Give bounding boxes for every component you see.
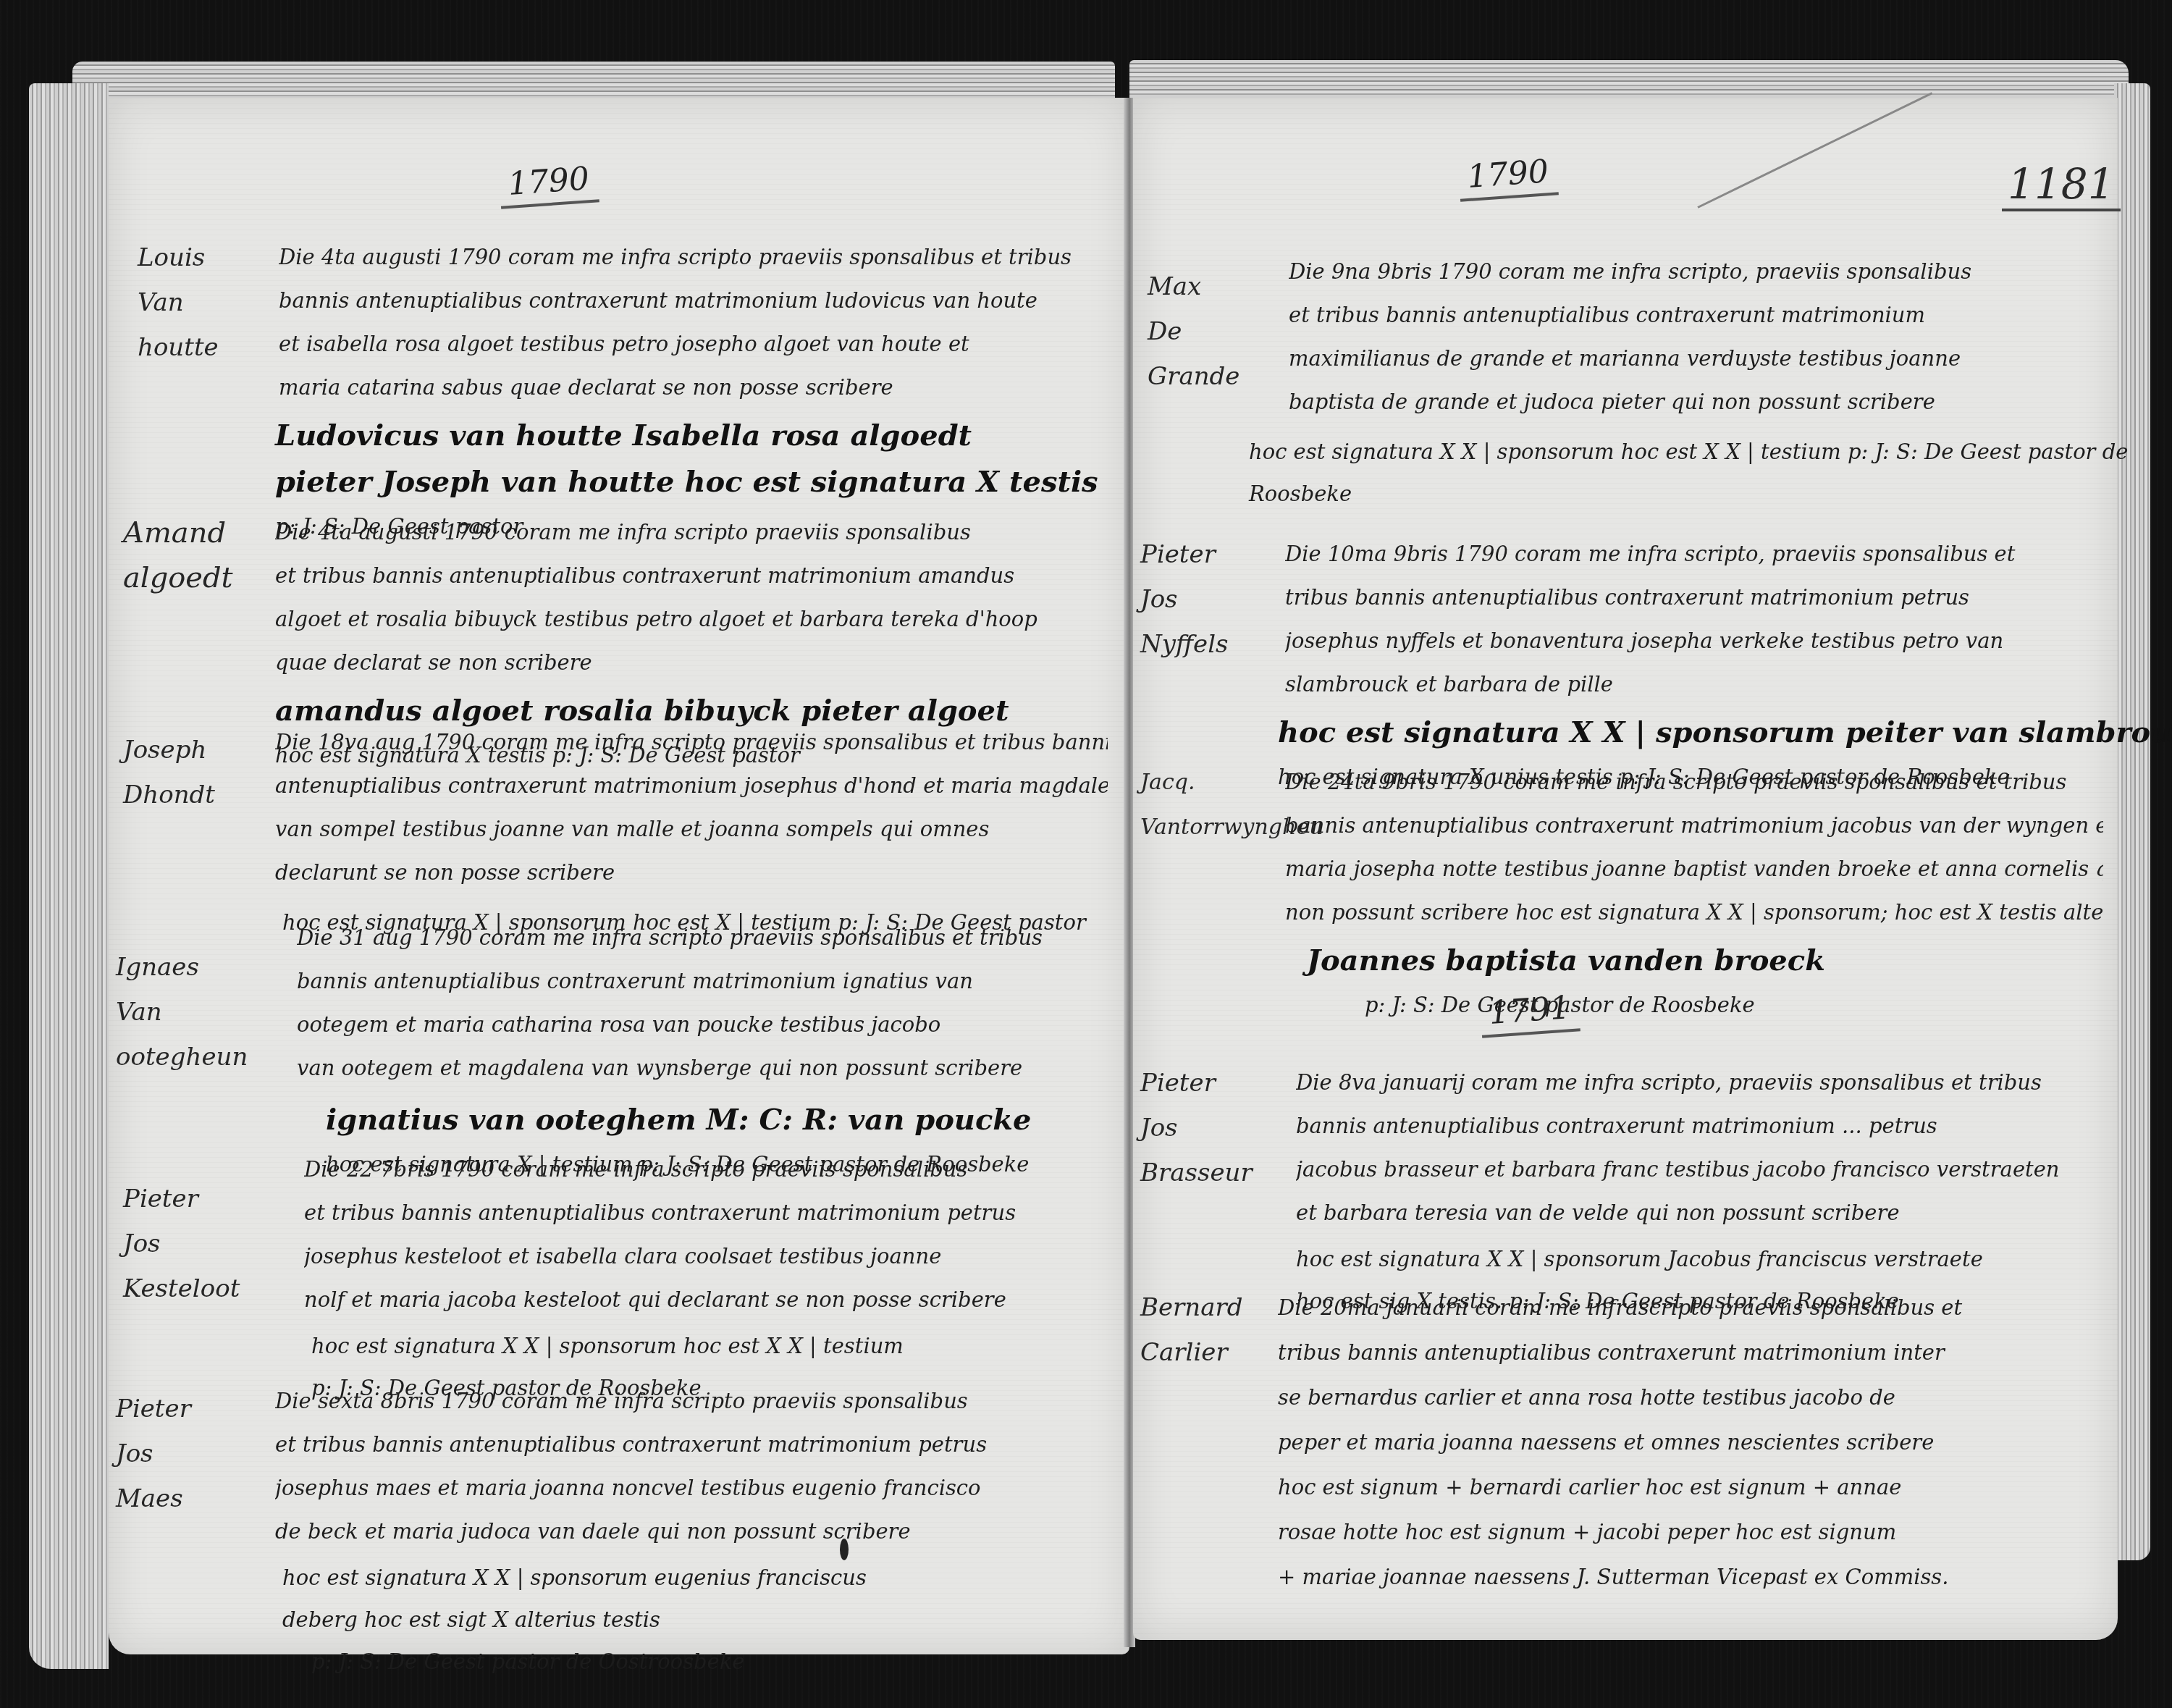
- pastor-signature: p: J: S: De Geest pastor de Oostroosbeke: [311, 1641, 867, 1683]
- text-line: tribus bannis antenuptialibus contraxeru…: [1278, 1330, 2103, 1375]
- signature-block: hoc est signatura X X | sponsorum eugeni…: [282, 1557, 867, 1683]
- text-line: maximilianus de grande et marianna verdu…: [1289, 337, 2100, 380]
- text-line: + mariae joannae naessens J. Sutterman V…: [1278, 1555, 2103, 1599]
- signature-line: hoc est signatura X X | sponsorum hoc es…: [1249, 431, 2128, 473]
- text-line: maria catarina sabus quae declarat se no…: [279, 366, 1111, 409]
- entry-text: Die sexta 8bris 1790 coram me infra scri…: [275, 1379, 1108, 1553]
- entry-text: Die 9na 9bris 1790 coram me infra script…: [1289, 250, 2100, 424]
- margin-name: Pieter Jos Brasseur: [1140, 1061, 1253, 1195]
- text-line: et tribus bannis antenuptialibus contrax…: [1289, 293, 2100, 337]
- text-line: et tribus bannis antenuptialibus contrax…: [275, 1423, 1108, 1466]
- text-line: et tribus bannis antenuptialibus contrax…: [275, 554, 1108, 597]
- text-line: et barbara teresia van de velde qui non …: [1296, 1191, 2100, 1234]
- text-line: van sompel testibus joanne van malle et …: [275, 807, 1108, 851]
- text-line: josephus nyffels et bonaventura josepha …: [1285, 619, 2103, 662]
- text-line: van ootegem et magdalena van wynsberge q…: [297, 1046, 1115, 1090]
- text-line: Die 20ma januarii coram me infrascripto …: [1278, 1285, 2103, 1330]
- text-line: bannis antenuptialibus contraxerunt matr…: [1285, 804, 2103, 847]
- entry-text: Die 18va aug 1790 coram me infra scripto…: [275, 720, 1108, 894]
- open-register-book: 1790 Louis Van houtte Die 4ta augusti 17…: [29, 40, 2165, 1698]
- margin-name: Pieter Jos Kesteloot: [123, 1177, 240, 1311]
- pencil-stroke: [1697, 92, 1932, 209]
- text-line: baptista de grande et judoca pieter qui …: [1289, 380, 2100, 424]
- text-line: de beck et maria judoca van daele qui no…: [275, 1510, 1108, 1553]
- text-line: quae declarat se non scribere: [275, 641, 1108, 684]
- text-line: peper et maria joanna naessens et omnes …: [1278, 1420, 2103, 1465]
- right-page: 1790 1181 Max De Grande Die 9na 9bris 17…: [1133, 98, 2118, 1640]
- page-edges-left: [29, 83, 109, 1669]
- signature-block: hoc est signatura X X | sponsorum hoc es…: [1249, 431, 2128, 515]
- text-line: bannis antenuptialibus contraxerunt matr…: [279, 279, 1111, 322]
- text-line: et tribus bannis antenuptialibus contrax…: [304, 1191, 1108, 1234]
- entry-text: Die 4ta augusti 1790 coram me infra scri…: [279, 235, 1111, 409]
- margin-name: Pieter Jos Nyffels: [1140, 532, 1229, 667]
- entry-text: Die 4ta augusti 1790 coram me infra scri…: [275, 510, 1108, 684]
- text-line: ootegem et maria catharina rosa van pouc…: [297, 1003, 1115, 1046]
- signature-line: pieter Joseph van houtte hoc est signatu…: [275, 459, 1098, 505]
- year-heading: 1790: [498, 159, 599, 209]
- margin-name: Ignaes Van ootegheun: [116, 945, 248, 1080]
- text-line: jacobus brasseur et barbara franc testib…: [1296, 1148, 2100, 1191]
- text-line: Die sexta 8bris 1790 coram me infra scri…: [275, 1379, 1108, 1423]
- text-line: Die 24ta 9bris 1790 coram me infra scrip…: [1285, 760, 2103, 804]
- entry-text: Die 31 aug 1790 coram me infra scripto p…: [297, 916, 1115, 1090]
- ink-blot: [840, 1539, 849, 1560]
- text-line: Die 31 aug 1790 coram me infra scripto p…: [297, 916, 1115, 959]
- text-line: bannis antenuptialibus contraxerunt matr…: [297, 959, 1115, 1003]
- margin-name: Amand algoedt: [123, 510, 233, 600]
- text-line: Die 22 7bris 1790 coram me infra scripto…: [304, 1148, 1108, 1191]
- margin-name: Bernard Carlier: [1140, 1285, 1243, 1375]
- text-line: rosae hotte hoc est signum + jacobi pepe…: [1278, 1510, 2103, 1555]
- margin-name: Max De Grande: [1148, 264, 1239, 399]
- signature-line: hoc est signatura X X | sponsorum Jacobu…: [1296, 1238, 1983, 1280]
- pastor-signature: p: J: S: De Geest pastor de Roosbeke: [1365, 984, 1825, 1026]
- text-line: Die 4ta augusti 1790 coram me infra scri…: [279, 235, 1111, 279]
- signature-line: hoc est signatura X X | sponsorum hoc es…: [311, 1325, 904, 1367]
- text-line: tribus bannis antenuptialibus contraxeru…: [1285, 576, 2103, 619]
- signature-line: Ludovicus van houtte Isabella rosa algoe…: [275, 413, 1098, 459]
- text-line: Die 10ma 9bris 1790 coram me infra scrip…: [1285, 532, 2103, 576]
- text-line: declarunt se non posse scribere: [275, 851, 1108, 894]
- margin-name: Pieter Jos Maes: [116, 1387, 191, 1521]
- text-line: Die 4ta augusti 1790 coram me infra scri…: [275, 510, 1108, 554]
- entry-text: Die 24ta 9bris 1790 coram me infra scrip…: [1285, 760, 2103, 934]
- text-line: slambrouck et barbara de pille: [1285, 662, 2103, 706]
- entry-text: Die 20ma januarii coram me infrascripto …: [1278, 1285, 2103, 1599]
- margin-name: Joseph Dhondt: [123, 728, 215, 817]
- text-line: josephus maes et maria joanna noncvel te…: [275, 1466, 1108, 1510]
- text-line: non possunt scribere hoc est signatura X…: [1285, 891, 2103, 934]
- page-edges-top-right: [1129, 60, 2129, 100]
- signature-line: hoc est signatura X X | sponsorum peiter…: [1278, 710, 2172, 756]
- entry-text: Die 22 7bris 1790 coram me infra scripto…: [304, 1148, 1108, 1321]
- year-heading-1791: 1791: [1479, 988, 1580, 1038]
- text-line: et isabella rosa algoet testibus petro j…: [279, 322, 1111, 366]
- text-line: bannis antenuptialibus contraxerunt matr…: [1296, 1104, 2100, 1148]
- text-line: se bernardus carlier et anna rosa hotte …: [1278, 1375, 2103, 1420]
- entry-text: Die 10ma 9bris 1790 coram me infra scrip…: [1285, 532, 2103, 706]
- text-line: Die 18va aug 1790 coram me infra scripto…: [275, 720, 1108, 764]
- text-line: antenuptialibus contraxerunt matrimonium…: [275, 764, 1108, 807]
- text-line: maria josepha notte testibus joanne bapt…: [1285, 847, 2103, 891]
- signature-line: deberg hoc est sigt X alterius testis: [282, 1599, 867, 1641]
- page-edges-right: [2114, 83, 2150, 1560]
- margin-name: Louis Van houtte: [138, 235, 219, 370]
- entry-text: Die 8va januarij coram me infra scripto,…: [1296, 1061, 2100, 1234]
- folio-number: 1181: [2002, 159, 2121, 211]
- signature-line: Roosbeke: [1249, 473, 2128, 515]
- text-line: nolf et maria jacoba kesteloot qui decla…: [304, 1278, 1108, 1321]
- signature-line: hoc est signatura X X | sponsorum eugeni…: [282, 1557, 867, 1599]
- signature-line: ignatius van ooteghem M: C: R: van pouck…: [326, 1097, 1031, 1143]
- text-line: hoc est signum + bernardi carlier hoc es…: [1278, 1465, 2103, 1510]
- text-line: Die 9na 9bris 1790 coram me infra script…: [1289, 250, 2100, 293]
- year-heading: 1790: [1457, 152, 1559, 201]
- signature-line: Joannes baptista vanden broeck: [1307, 938, 1825, 984]
- text-line: Die 8va januarij coram me infra scripto,…: [1296, 1061, 2100, 1104]
- text-line: algoet et rosalia bibuyck testibus petro…: [275, 597, 1108, 641]
- text-line: josephus kesteloot et isabella clara coo…: [304, 1234, 1108, 1278]
- left-page: 1790 Louis Van houtte Die 4ta augusti 17…: [109, 98, 1129, 1654]
